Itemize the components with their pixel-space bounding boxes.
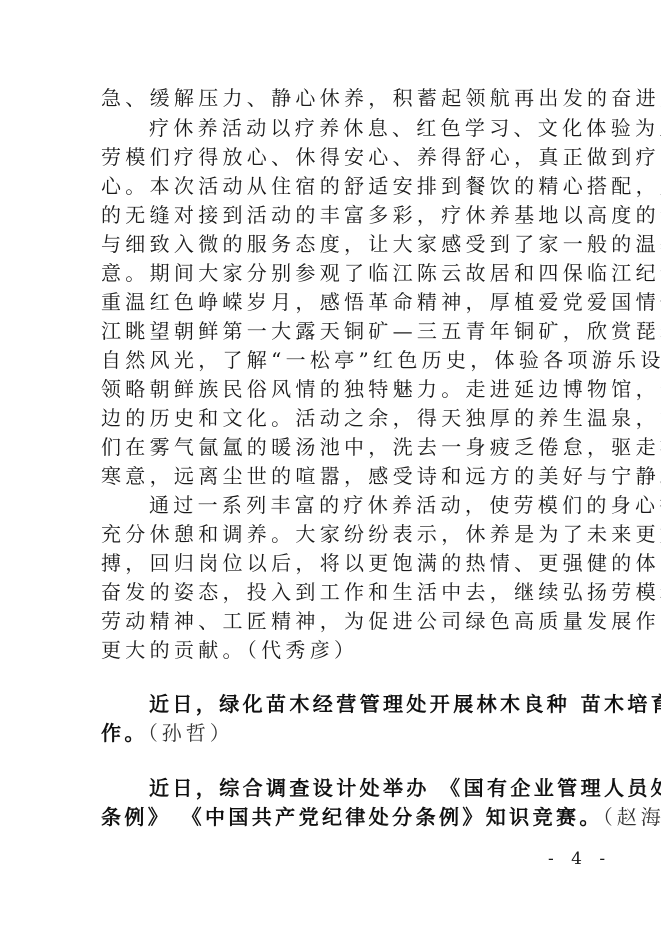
paragraph-3-line: 通过一系列丰富的疗休养活动，使劳模们的身心得到了 xyxy=(149,491,566,519)
paragraph-2-line: 江眺望朝鲜第一大露天铜矿—三五青年铜矿，欣赏琵岩山的 xyxy=(101,317,566,345)
news-item-1-author: （孙哲） xyxy=(148,721,234,745)
document-page: 急、缓解压力、静心休养，积蓄起领航再出发的奋进力量。 疗休养活动以疗养休息、红色… xyxy=(0,0,661,935)
paragraph-2-line: 劳模们疗得放心、休得安心、养得舒心，真正做到疗身、休 xyxy=(101,143,566,171)
page-number: - 4 - xyxy=(548,849,611,869)
paragraph-3-line: 充分休憩和调养。大家纷纷表示，休养是为了未来更好的拼 xyxy=(101,520,566,548)
paragraph-3-line: 更大的贡献。（代秀彦） xyxy=(101,636,566,664)
news-item-2-headline-end: 条例》 《中国共产党纪律处分条例》知识竞赛。 xyxy=(101,805,603,829)
paragraph-2-line: 边的历史和文化。活动之余，得天独厚的养生温泉，让劳模 xyxy=(101,404,566,432)
news-item-1-headline-end: 作。 xyxy=(101,721,148,745)
paragraph-2-line: 心。本次活动从住宿的舒适安排到餐饮的精心搭配，从出行 xyxy=(101,172,566,200)
paragraph-2-line: 疗休养活动以疗养休息、红色学习、文化体验为主，使 xyxy=(149,114,566,142)
paragraph-2-line: 重温红色峥嵘岁月，感悟革命精神，厚植爱党爱国情怀。隔 xyxy=(101,288,566,316)
paragraph-3-line: 搏，回归岗位以后，将以更饱满的热情、更强健的体魄、更 xyxy=(101,549,566,577)
paragraph-2-line: 的无缝对接到活动的丰富多彩，疗休养基地以高度的责任心 xyxy=(101,201,566,229)
paragraph-3-line: 奋发的姿态，投入到工作和生活中去，继续弘扬劳模精神、 xyxy=(101,578,566,606)
paragraph-1-line: 急、缓解压力、静心休养，积蓄起领航再出发的奋进力量。 xyxy=(101,84,566,112)
news-item-1-continuation: 作。（孙哲） xyxy=(101,719,566,747)
paragraph-2-line: 领略朝鲜族民俗风情的独特魅力。走进延边博物馆，一览延 xyxy=(101,375,566,403)
news-item-2-continuation: 条例》 《中国共产党纪律处分条例》知识竞赛。（赵海晶） xyxy=(101,803,566,831)
paragraph-2-line: 们在雾气氤氲的暖汤池中，洗去一身疲乏倦怠，驱走初冬的 xyxy=(101,433,566,461)
paragraph-2-line: 与细致入微的服务态度，让大家感受到了家一般的温馨与惬 xyxy=(101,230,566,258)
paragraph-2-line: 意。期间大家分别参观了临江陈云故居和四保临江纪念馆， xyxy=(101,259,566,287)
paragraph-2-line: 寒意，远离尘世的喧嚣，感受诗和远方的美好与宁静。 xyxy=(101,462,566,490)
news-item-2-headline: 近日，综合调查设计处举办 《国有企业管理人员处分 xyxy=(149,774,566,802)
news-item-2-author: （赵海晶） xyxy=(603,805,661,829)
news-item-1-headline: 近日，绿化苗木经营管理处开展林木良种 苗木培育工 xyxy=(149,690,566,718)
paragraph-2-line: 自然风光，了解“一松亭”红色历史，体验各项游乐设施， xyxy=(101,346,566,374)
paragraph-3-line: 劳动精神、工匠精神，为促进公司绿色高质量发展作出新的 xyxy=(101,607,566,635)
